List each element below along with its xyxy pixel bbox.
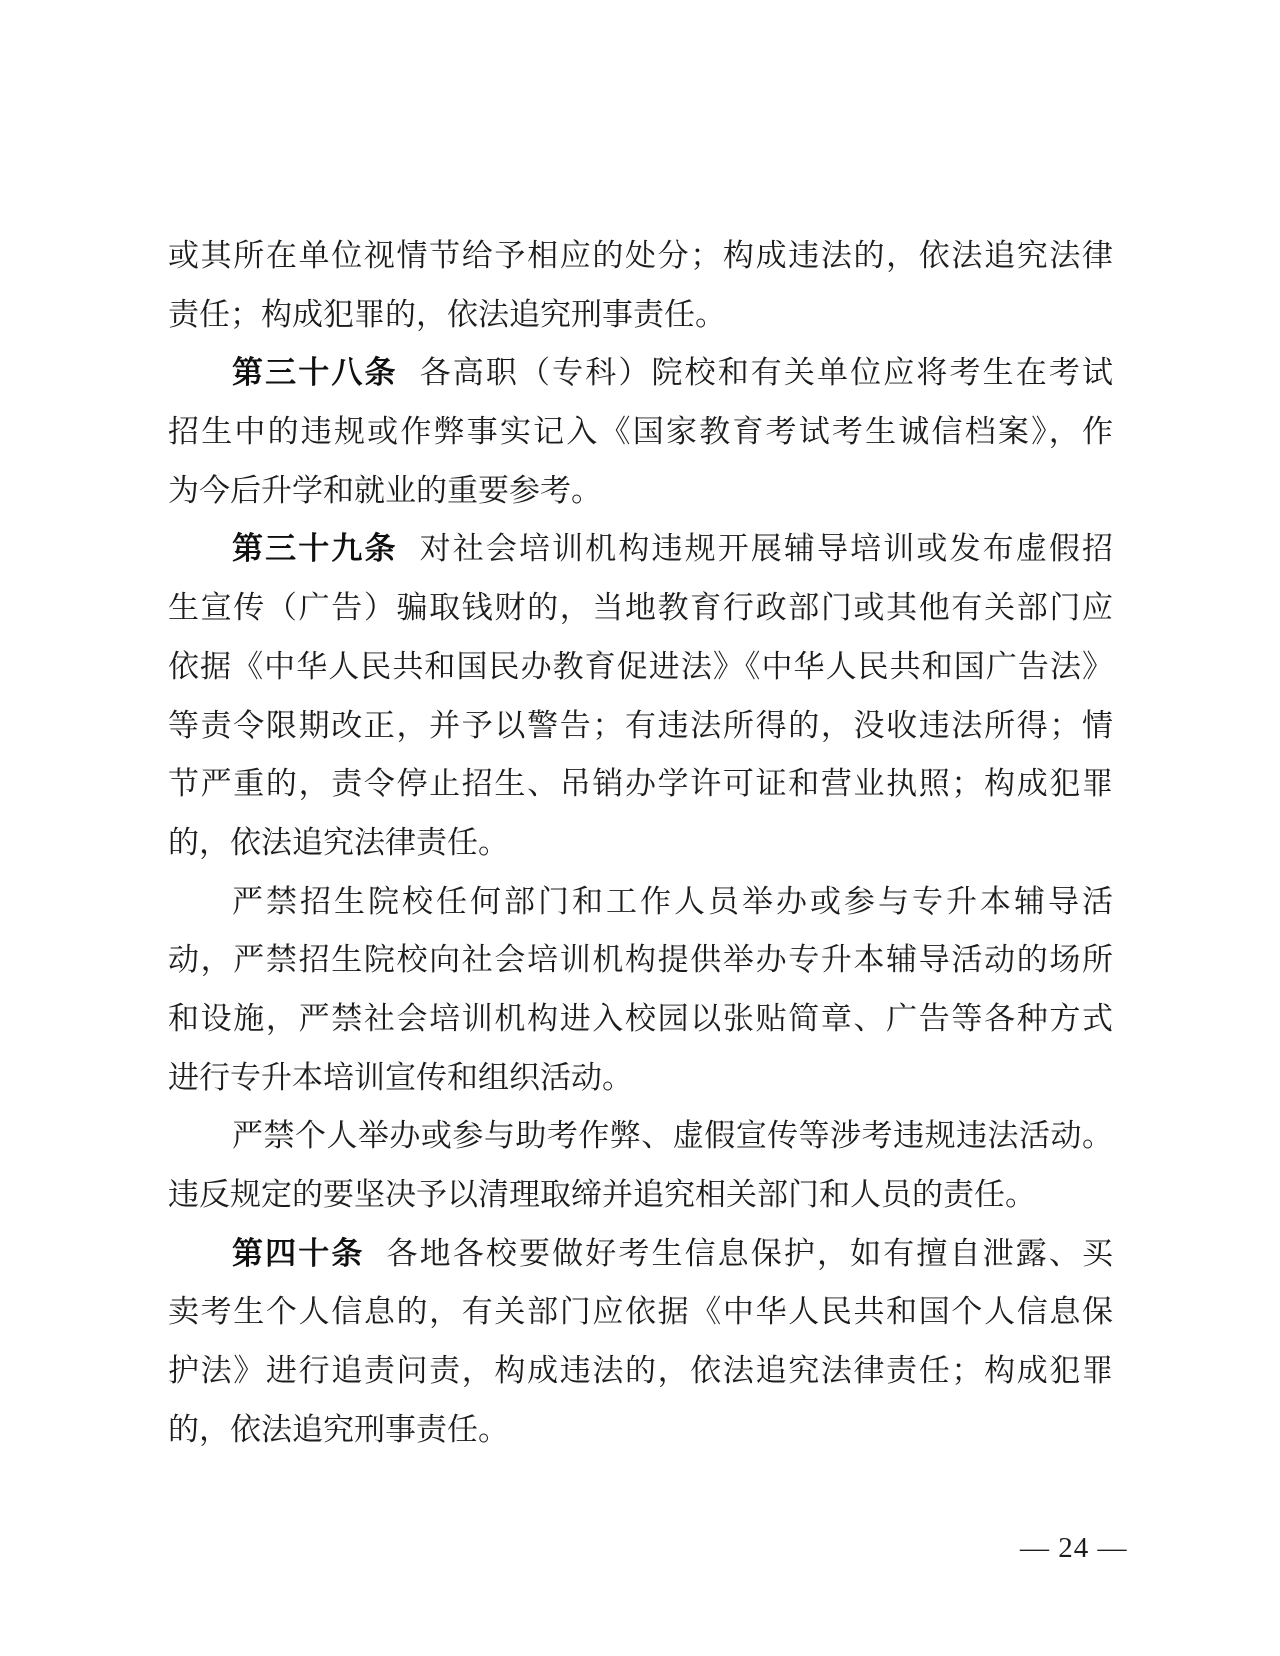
article-number: 第三十九条 xyxy=(232,531,398,566)
line-text: 严禁个人举办或参与助考作弊、虚假宣传等涉考违规违法活动。 xyxy=(232,1118,1113,1154)
page-number: — 24 — xyxy=(1020,1532,1128,1565)
text-line: 生宣传（广告）骗取钱财的，当地教育行政部门或其他有关部门应 xyxy=(168,579,1113,638)
text-line: 第三十八条各高职（专科）院校和有关单位应将考生在考试 xyxy=(168,344,1113,403)
line-text: 依据《中华人民共和国民办教育促进法》《中华人民共和国广告法》 xyxy=(168,649,1113,685)
text-line: 的，依法追究刑事责任。 xyxy=(168,1401,1113,1460)
line-text: 各高职（专科）院校和有关单位应将考生在考试 xyxy=(420,355,1113,391)
line-text: 等责令限期改正，并予以警告；有违法所得的，没收违法所得；情 xyxy=(168,708,1113,744)
line-text: 节严重的，责令停止招生、吊销办学许可证和营业执照；构成犯罪 xyxy=(168,766,1113,802)
article-number: 第三十八条 xyxy=(232,355,398,390)
line-text: 的，依法追究刑事责任。 xyxy=(168,1412,509,1448)
line-text: 对社会培训机构违规开展辅导培训或发布虚假招 xyxy=(420,531,1113,567)
text-line: 或其所在单位视情节给予相应的处分；构成违法的，依法追究法律 xyxy=(168,227,1113,286)
text-line: 招生中的违规或作弊事实记入《国家教育考试考生诚信档案》，作 xyxy=(168,403,1113,462)
text-line: 护法》进行追责问责，构成违法的，依法追究法律责任；构成犯罪 xyxy=(168,1342,1113,1401)
line-text: 严禁招生院校任何部门和工作人员举办或参与专升本辅导活 xyxy=(232,884,1113,920)
text-line: 进行专升本培训宣传和组织活动。 xyxy=(168,1049,1113,1108)
line-text: 进行专升本培训宣传和组织活动。 xyxy=(168,1060,633,1096)
text-line: 责任；构成犯罪的，依法追究刑事责任。 xyxy=(168,286,1113,345)
text-block: 或其所在单位视情节给予相应的处分；构成违法的，依法追究法律责任；构成犯罪的，依法… xyxy=(168,227,1113,1459)
line-text: 为今后升学和就业的重要参考。 xyxy=(168,473,602,509)
line-text: 招生中的违规或作弊事实记入《国家教育考试考生诚信档案》，作 xyxy=(168,414,1113,450)
text-line: 第三十九条对社会培训机构违规开展辅导培训或发布虚假招 xyxy=(168,520,1113,579)
text-line: 违反规定的要坚决予以清理取缔并追究相关部门和人员的责任。 xyxy=(168,1166,1113,1225)
text-line: 卖考生个人信息的，有关部门应依据《中华人民共和国个人信息保 xyxy=(168,1283,1113,1342)
text-line: 节严重的，责令停止招生、吊销办学许可证和营业执照；构成犯罪 xyxy=(168,755,1113,814)
line-text: 动，严禁招生院校向社会培训机构提供举办专升本辅导活动的场所 xyxy=(168,942,1113,978)
line-text: 各地各校要做好考生信息保护，如有擅自泄露、买 xyxy=(386,1236,1113,1272)
line-text: 或其所在单位视情节给予相应的处分；构成违法的，依法追究法律 xyxy=(168,238,1113,274)
text-line: 严禁个人举办或参与助考作弊、虚假宣传等涉考违规违法活动。 xyxy=(168,1107,1113,1166)
line-text: 的，依法追究法律责任。 xyxy=(168,825,509,861)
text-line: 严禁招生院校任何部门和工作人员举办或参与专升本辅导活 xyxy=(168,873,1113,932)
text-line: 动，严禁招生院校向社会培训机构提供举办专升本辅导活动的场所 xyxy=(168,931,1113,990)
text-line: 和设施，严禁社会培训机构进入校园以张贴简章、广告等各种方式 xyxy=(168,990,1113,1049)
text-line: 依据《中华人民共和国民办教育促进法》《中华人民共和国广告法》 xyxy=(168,638,1113,697)
text-line: 的，依法追究法律责任。 xyxy=(168,814,1113,873)
line-text: 违反规定的要坚决予以清理取缔并追究相关部门和人员的责任。 xyxy=(168,1177,1036,1213)
line-text: 生宣传（广告）骗取钱财的，当地教育行政部门或其他有关部门应 xyxy=(168,590,1113,626)
text-line: 第四十条各地各校要做好考生信息保护，如有擅自泄露、买 xyxy=(168,1225,1113,1284)
line-text: 责任；构成犯罪的，依法追究刑事责任。 xyxy=(168,297,726,333)
article-number: 第四十条 xyxy=(232,1236,364,1271)
line-text: 护法》进行追责问责，构成违法的，依法追究法律责任；构成犯罪 xyxy=(168,1353,1113,1389)
line-text: 和设施，严禁社会培训机构进入校园以张贴简章、广告等各种方式 xyxy=(168,1001,1113,1037)
document-page: 或其所在单位视情节给予相应的处分；构成违法的，依法追究法律责任；构成犯罪的，依法… xyxy=(0,0,1280,1656)
line-text: 卖考生个人信息的，有关部门应依据《中华人民共和国个人信息保 xyxy=(168,1294,1113,1330)
text-line: 等责令限期改正，并予以警告；有违法所得的，没收违法所得；情 xyxy=(168,697,1113,756)
text-line: 为今后升学和就业的重要参考。 xyxy=(168,462,1113,521)
